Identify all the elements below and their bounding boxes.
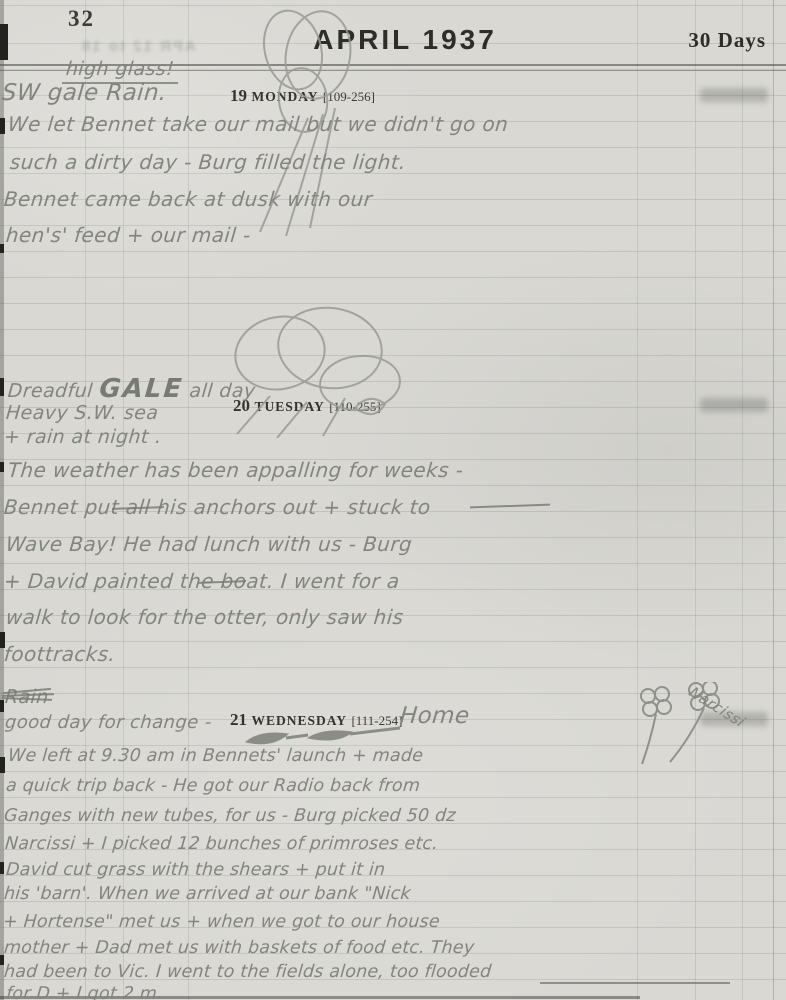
diary-line: such a dirty day - Burg filled the light…	[9, 150, 407, 174]
pencil-scribble-doodle	[205, 298, 465, 438]
scan-mark	[0, 462, 4, 472]
showthrough-smudge	[700, 88, 768, 102]
showthrough-ghost-text: APR 12 to 18	[80, 38, 196, 55]
diary-line: Narcissi + I picked 12 bunches of primro…	[4, 834, 439, 854]
weather-note-high-glass: high glass!	[65, 58, 175, 80]
ledger-vline	[695, 0, 696, 1000]
scan-mark	[0, 244, 4, 253]
strikethrough-mark	[470, 504, 550, 509]
annotation-word: Dreadful	[7, 380, 94, 402]
day-summary-note: good day for change -	[4, 712, 213, 733]
underline-too-flooded	[540, 982, 730, 984]
diary-line: mother + Dad met us with baskets of food…	[3, 938, 475, 958]
diary-line: Ganges with new tubes, for us - Burg pic…	[3, 806, 457, 826]
ledger-vline	[742, 0, 743, 1000]
ledger-vline	[637, 0, 638, 1000]
scan-mark	[0, 24, 8, 60]
diary-line: had been to Vic. I went to the fields al…	[3, 962, 492, 982]
weather-note-sea: Heavy S.W. sea	[5, 402, 159, 424]
diary-line: walk to look for the otter, only saw his	[5, 605, 405, 629]
diary-line: David cut grass with the shears + put it…	[5, 860, 386, 880]
diary-line: + Hortense" met us + when we got to our …	[2, 912, 441, 932]
weather-note-rain: + rain at night .	[3, 426, 163, 448]
home-note: Home	[399, 703, 471, 729]
scan-mark	[0, 862, 4, 874]
diary-line: Bennet came back at dusk with our	[3, 187, 374, 211]
scan-mark	[0, 118, 5, 134]
showthrough-smudge	[700, 398, 768, 412]
scan-mark	[0, 378, 4, 396]
diary-line: his 'barn'. When we arrived at our bank …	[3, 884, 412, 904]
annotation-word-gale: GALE	[98, 374, 184, 404]
page-number: 32	[68, 6, 95, 32]
days-count-label: 30 Days	[688, 28, 766, 53]
diary-line: hen's' feed + our mail -	[5, 223, 252, 247]
diary-line: a quick trip back - He got our Radio bac…	[5, 776, 421, 796]
diary-line: We let Bennet take our mail but we didn'…	[7, 112, 509, 136]
diary-line: Wave Bay! He had lunch with us - Burg	[5, 532, 413, 556]
weather-note-sw-gale: SW gale Rain.	[1, 80, 168, 106]
diary-line: for D + I got 2 m.	[5, 984, 164, 1000]
diary-line: Bennet put all his anchors out + stuck t…	[3, 495, 432, 519]
scan-mark	[0, 757, 5, 773]
diary-line: The weather has been appalling for weeks…	[7, 458, 465, 482]
diary-line: We left at 9.30 am in Bennets' launch + …	[7, 746, 424, 766]
page-edge-line	[773, 0, 774, 1000]
diary-line: foottracks.	[3, 642, 117, 666]
diary-page-scan: 32 APR 12 to 18 APRIL 1937 30 Days 19 MO…	[0, 0, 786, 1000]
